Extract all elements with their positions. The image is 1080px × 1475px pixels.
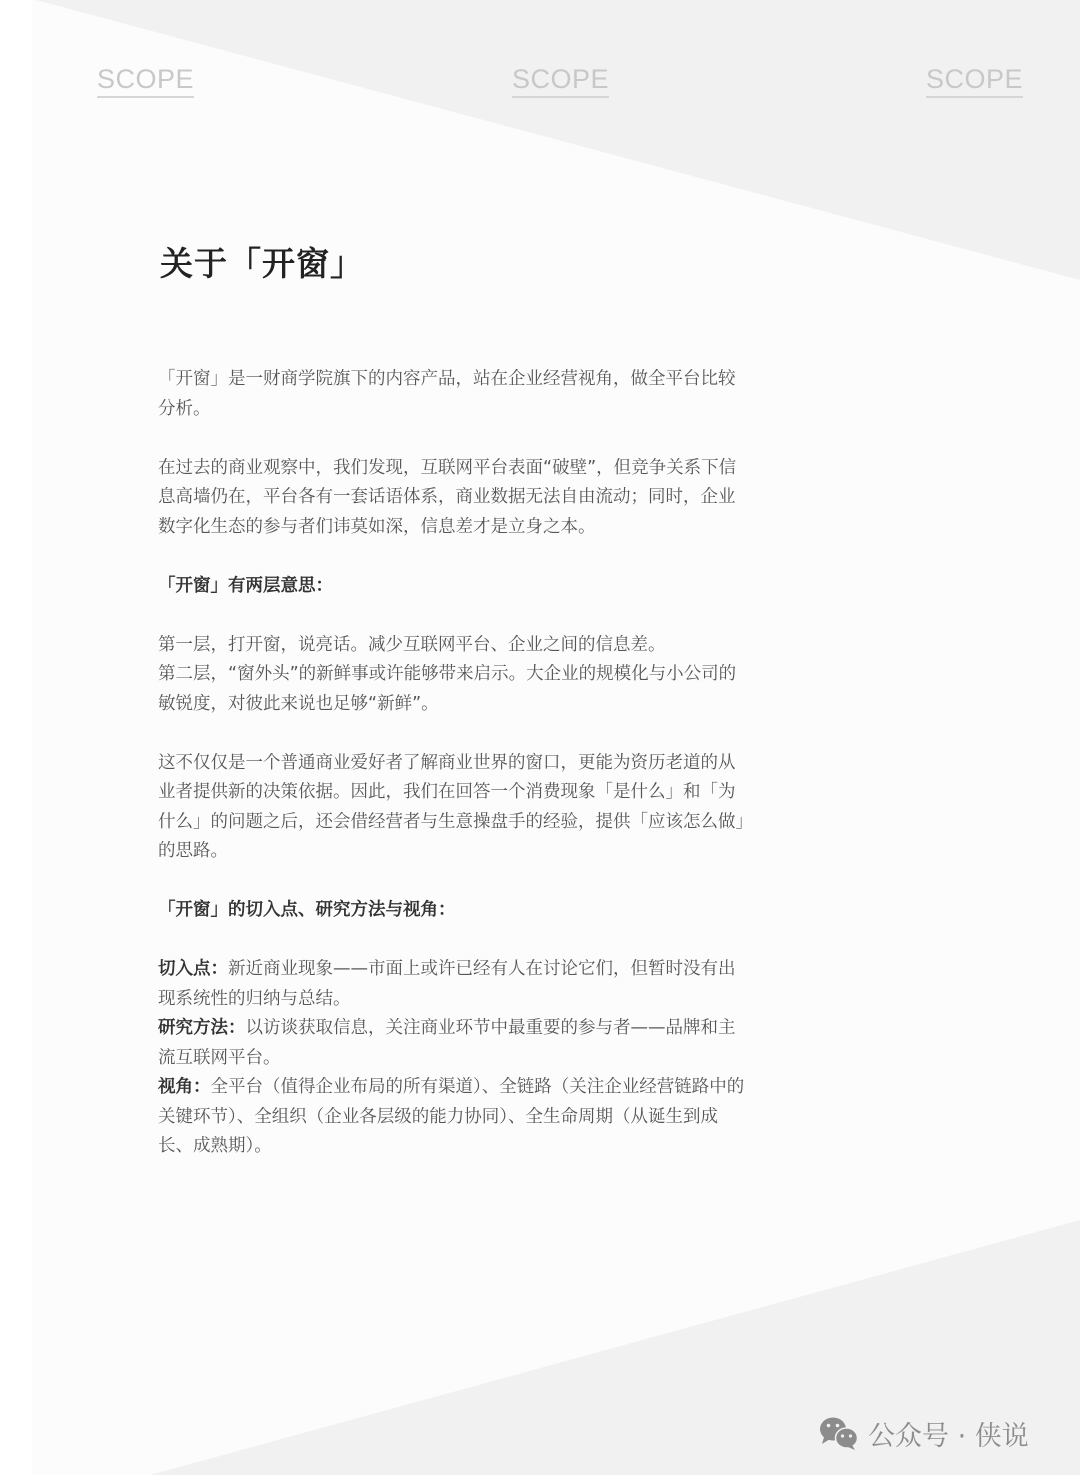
spacer	[158, 867, 748, 897]
research-method-label: 研究方法：	[158, 1018, 246, 1038]
perspective-text: 全平台（值得企业布局的所有渠道）、全链路（关注企业经营链路中的关键环节）、全组织…	[158, 1077, 744, 1156]
value-paragraph: 这不仅仅是一个普通商业爱好者了解商业世界的窗口，更能为资历老道的从业者提供新的决…	[158, 749, 748, 867]
wechat-watermark: 公众号 · 侠说	[818, 1413, 1029, 1453]
meaning-second-layer: 第二层，“窗外头”的新鲜事或许能够带来启示。大企业的规模化与小公司的敏锐度，对彼…	[158, 660, 748, 719]
spacer	[158, 601, 748, 631]
page-title: 关于「开窗」	[160, 238, 364, 285]
meaning-heading: 「开窗」有两层意思：	[158, 572, 748, 602]
method-heading: 「开窗」的切入点、研究方法与视角：	[158, 896, 748, 926]
perspective-label: 视角：	[158, 1077, 211, 1097]
spacer	[158, 719, 748, 749]
research-method-text: 以访谈获取信息，关注商业环节中最重要的参与者——品牌和主流互联网平台。	[158, 1018, 736, 1068]
spacer	[158, 926, 748, 956]
entry-point-label: 切入点：	[158, 959, 228, 979]
intro-paragraph: 「开窗」是一财商学院旗下的内容产品，站在企业经营视角，做全平台比较分析。	[158, 365, 748, 424]
entry-point-text: 新近商业现象——市面上或许已经有人在讨论它们，但暂时没有出现系统性的归纳与总结。	[158, 959, 736, 1009]
scope-watermark-right: SCOPE	[926, 64, 1023, 98]
research-method-item: 研究方法：以访谈获取信息，关注商业环节中最重要的参与者——品牌和主流互联网平台。	[158, 1014, 748, 1073]
scope-watermark-center: SCOPE	[512, 64, 609, 98]
meaning-first-layer: 第一层，打开窗，说亮话。减少互联网平台、企业之间的信息差。	[158, 631, 748, 661]
scope-watermark-left: SCOPE	[97, 64, 194, 98]
watermark-text: 公众号 · 侠说	[868, 1414, 1029, 1453]
spacer	[158, 424, 748, 454]
article-body: 「开窗」是一财商学院旗下的内容产品，站在企业经营视角，做全平台比较分析。 在过去…	[158, 365, 748, 1162]
wechat-icon	[818, 1415, 860, 1451]
perspective-item: 视角：全平台（值得企业布局的所有渠道）、全链路（关注企业经营链路中的关键环节）、…	[158, 1073, 748, 1162]
background-paragraph: 在过去的商业观察中，我们发现，互联网平台表面“破壁”，但竞争关系下信息高墙仍在，…	[158, 454, 748, 543]
entry-point-item: 切入点：新近商业现象——市面上或许已经有人在讨论它们，但暂时没有出现系统性的归纳…	[158, 955, 748, 1014]
spacer	[158, 542, 748, 572]
